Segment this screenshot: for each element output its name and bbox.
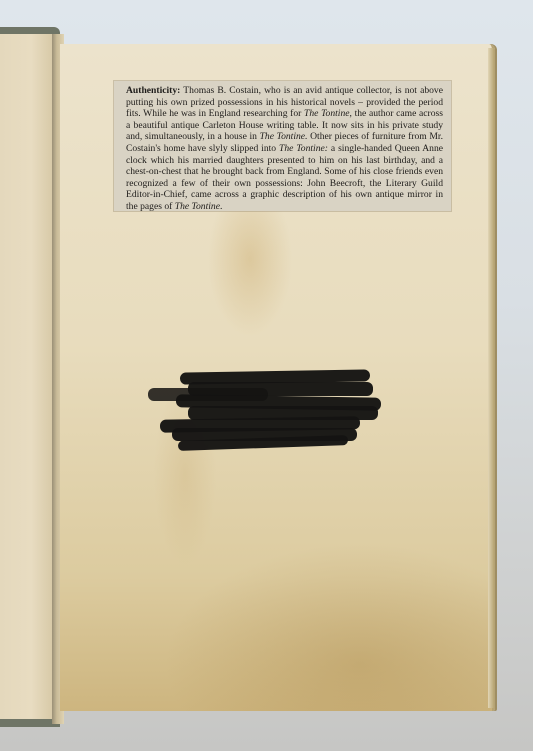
clipping-title-1: The Tontine bbox=[304, 108, 350, 119]
clipping-heading: Authenticity: bbox=[126, 85, 180, 96]
left-flyleaf bbox=[0, 34, 52, 719]
clipping-title-3: The Tontine: bbox=[279, 143, 328, 154]
clipping-text-5: . bbox=[220, 201, 222, 212]
clipping-title-2: The Tontine. bbox=[260, 131, 308, 142]
clipping-title-4: The Tontine bbox=[175, 201, 220, 212]
page-edge bbox=[488, 48, 494, 708]
photo-scene: Authenticity: Thomas B. Costain, who is … bbox=[0, 0, 533, 751]
marker-redaction bbox=[148, 368, 384, 452]
authenticity-clipping: Authenticity: Thomas B. Costain, who is … bbox=[114, 81, 451, 211]
